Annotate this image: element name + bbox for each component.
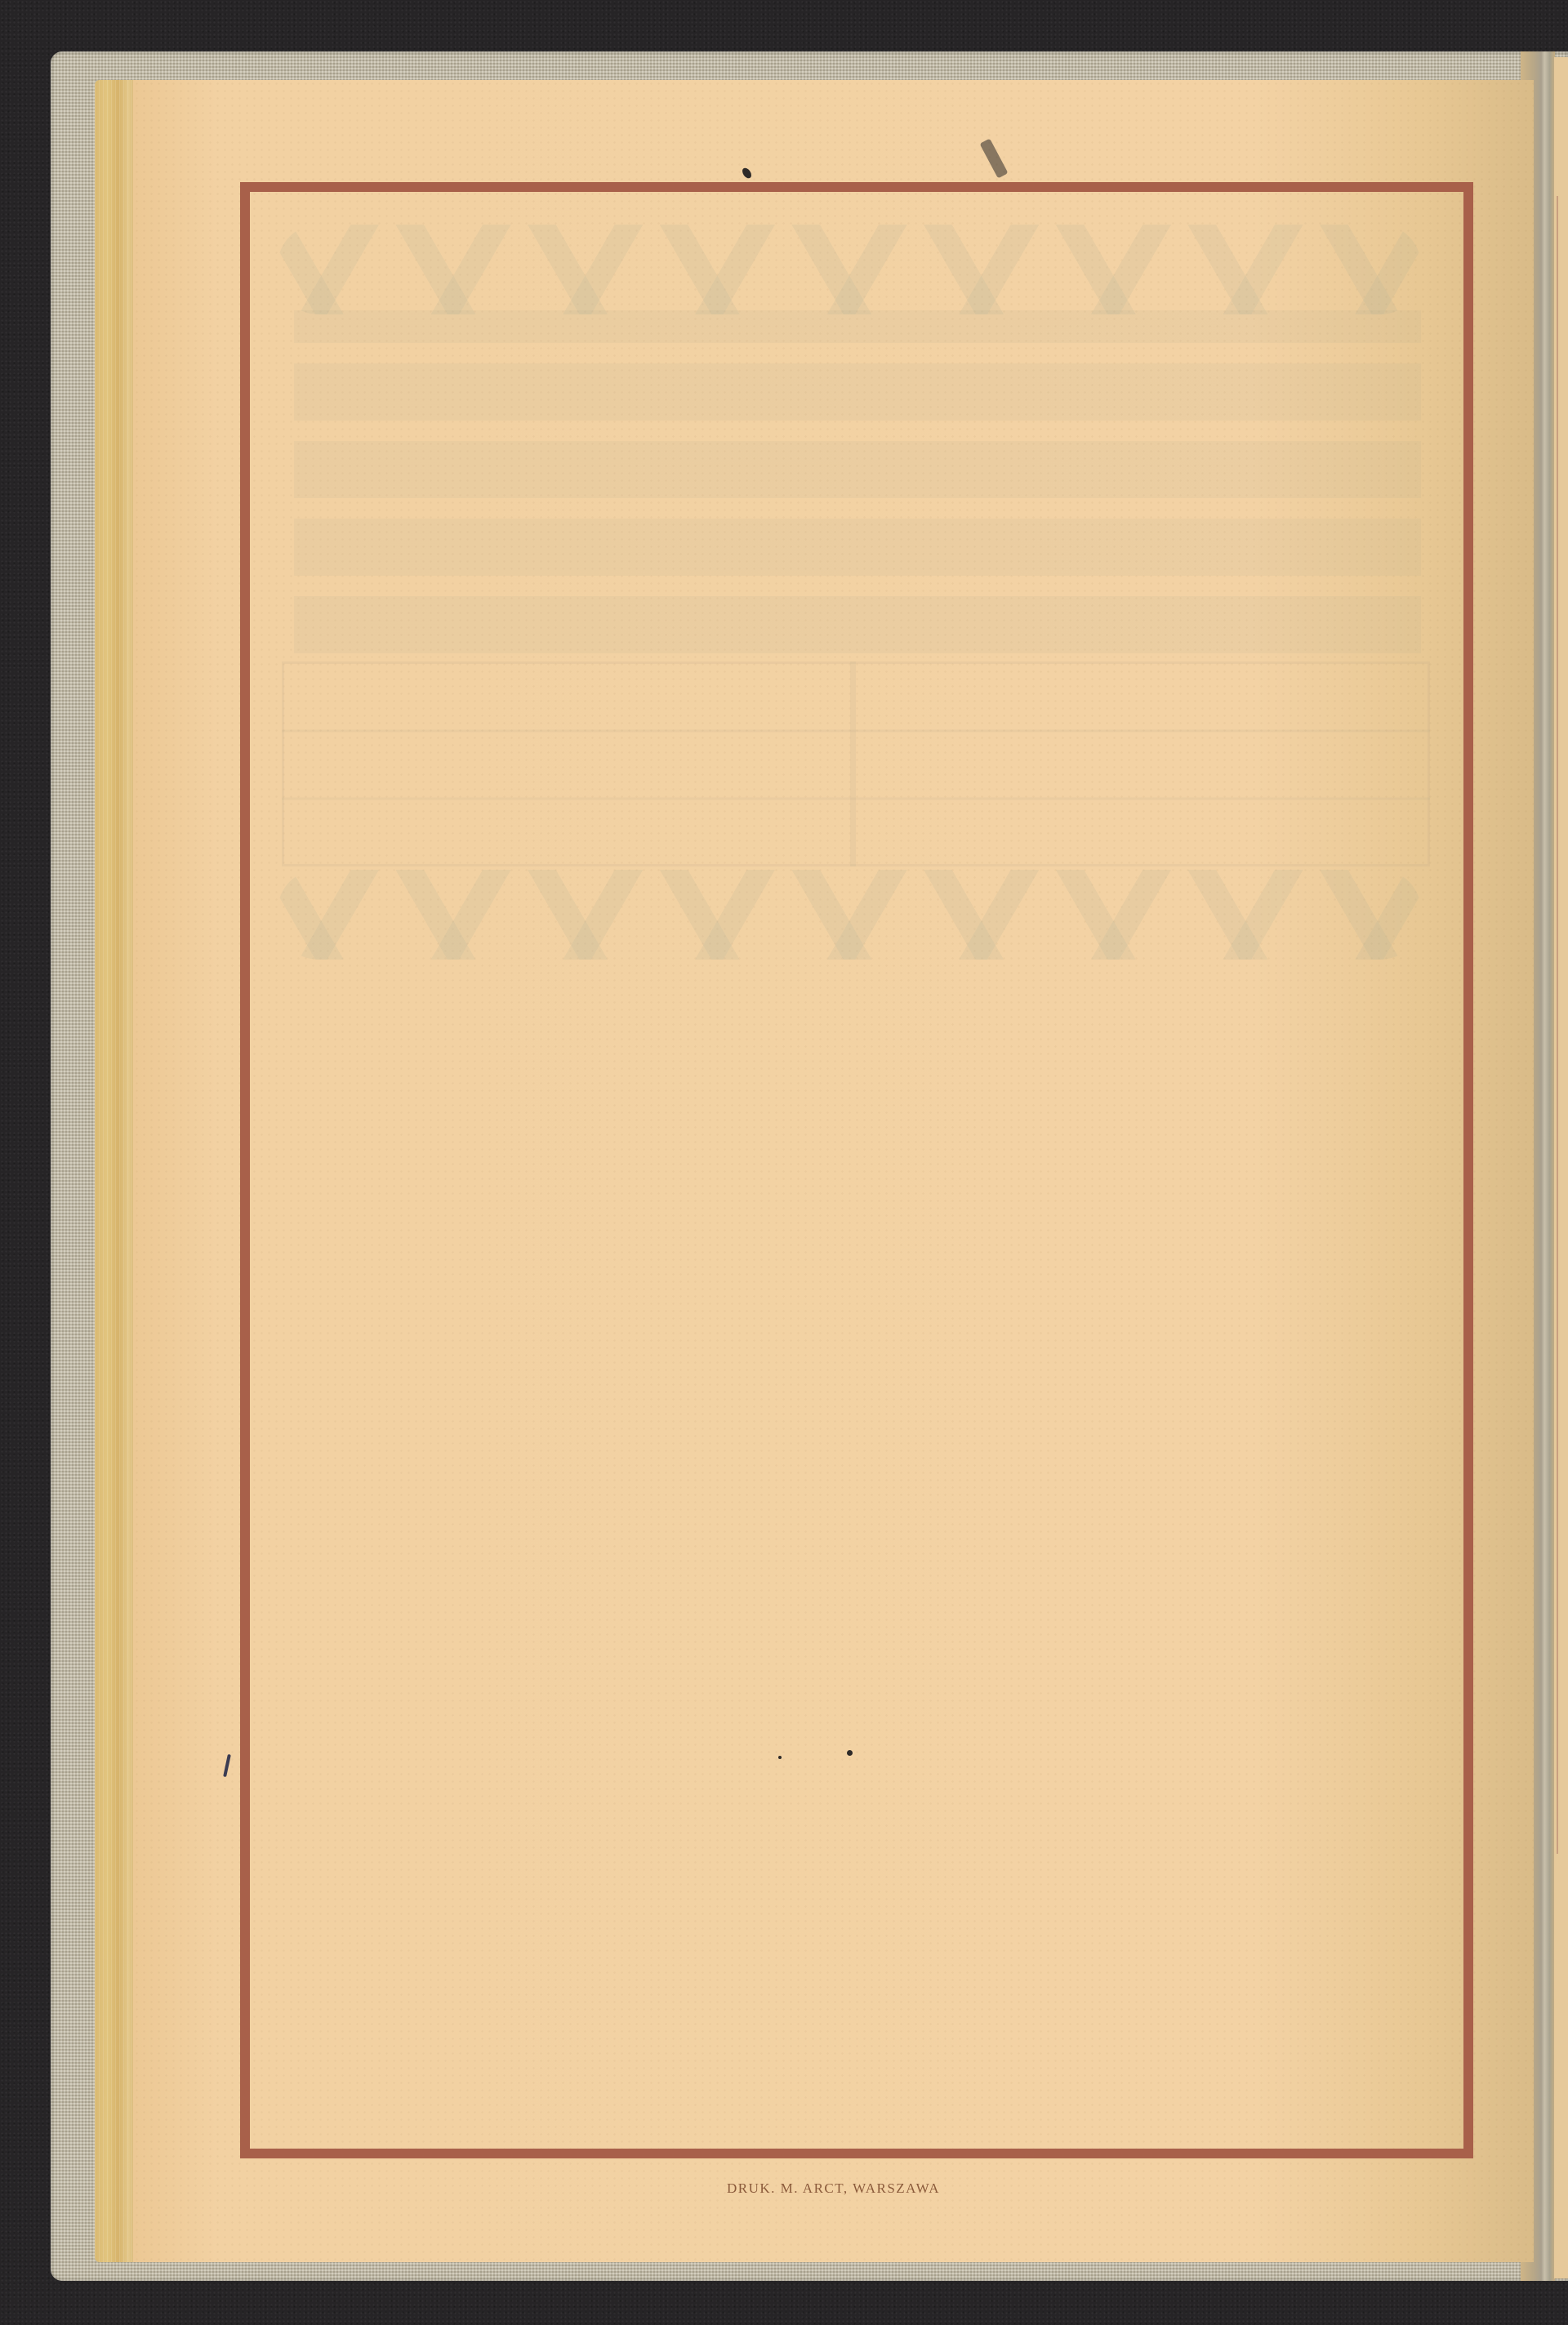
page-stack-edges <box>95 80 137 2262</box>
page-frame-border <box>240 182 1473 2158</box>
ink-dot <box>778 1756 782 1759</box>
facing-page-edge <box>1554 57 1568 2278</box>
facing-page-frame-rule <box>1557 196 1558 1854</box>
printer-imprint: DRUK. M. ARCT, WARSZAWA <box>133 2180 1534 2197</box>
ink-dot <box>847 1750 853 1756</box>
